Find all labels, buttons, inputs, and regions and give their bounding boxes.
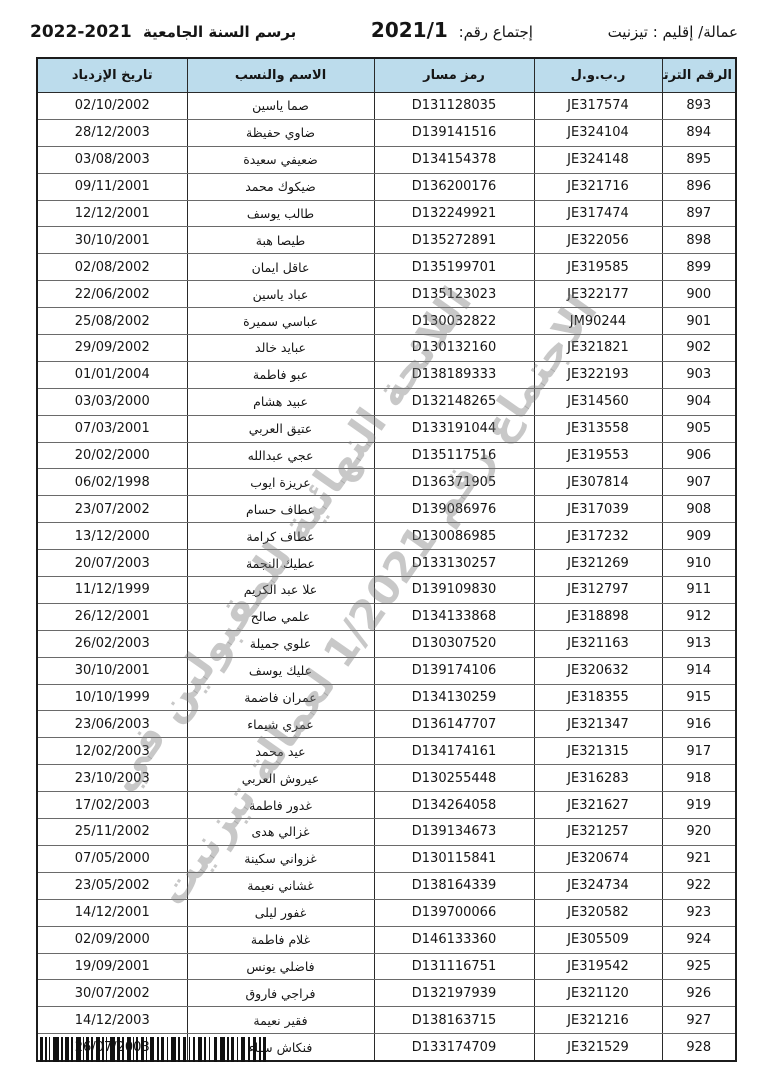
table-row: 921JE320674D130115841غزواني سكينة07/05/2…: [37, 845, 736, 872]
cell-full-name: عمري شيماء: [187, 711, 374, 738]
cell-full-name: غدور فاطمة: [187, 792, 374, 819]
cell-rbul: JE322177: [534, 281, 662, 308]
cell-ordinal-number: 922: [662, 872, 736, 899]
cell-full-name: عريزة ايوب: [187, 469, 374, 496]
table-row: 910JE321269D133130257عطيك النجمة20/07/20…: [37, 550, 736, 577]
table-row: 897JE317474D132249921طالب يوسف12/12/2001: [37, 200, 736, 227]
cell-rbul: JE319553: [534, 442, 662, 469]
cell-birth-date: 06/02/1998: [37, 469, 187, 496]
cell-ordinal-number: 907: [662, 469, 736, 496]
cell-ordinal-number: 905: [662, 415, 736, 442]
cell-massar-code: D134130259: [374, 684, 534, 711]
cell-birth-date: 03/08/2003: [37, 146, 187, 173]
cell-full-name: علوي جميلة: [187, 630, 374, 657]
cell-full-name: طيصا هبة: [187, 227, 374, 254]
cell-rbul: JE321716: [534, 173, 662, 200]
cell-full-name: عطاف حسام: [187, 496, 374, 523]
cell-ordinal-number: 911: [662, 577, 736, 604]
barcode: [40, 1037, 266, 1062]
cell-rbul: JE312797: [534, 577, 662, 604]
table-row: 894JE324104D139141516ضاوي حفيظة28/12/200…: [37, 119, 736, 146]
table-row: 896JE321716D136200176ضيكوك محمد09/11/200…: [37, 173, 736, 200]
table-row: 919JE321627D134264058غدور فاطمة17/02/200…: [37, 792, 736, 819]
cell-birth-date: 29/09/2002: [37, 335, 187, 362]
cell-rbul: JE321627: [534, 792, 662, 819]
cell-ordinal-number: 923: [662, 899, 736, 926]
cell-birth-date: 23/10/2003: [37, 765, 187, 792]
cell-full-name: غلام فاطمة: [187, 926, 374, 953]
cell-birth-date: 12/02/2003: [37, 738, 187, 765]
table-row: 915JE318355D134130259عمران فاضمة10/10/19…: [37, 684, 736, 711]
cell-birth-date: 26/02/2003: [37, 630, 187, 657]
cell-full-name: عباسي سميرة: [187, 308, 374, 335]
cell-full-name: ضاوي حفيظة: [187, 119, 374, 146]
cell-rbul: JE324734: [534, 872, 662, 899]
cell-rbul: JE321216: [534, 1007, 662, 1034]
cell-ordinal-number: 903: [662, 361, 736, 388]
cell-birth-date: 28/12/2003: [37, 119, 187, 146]
cell-ordinal-number: 920: [662, 819, 736, 846]
cell-ordinal-number: 893: [662, 93, 736, 120]
cell-ordinal-number: 919: [662, 792, 736, 819]
table-row: 918JE316283D130255448عيروش العربي23/10/2…: [37, 765, 736, 792]
table-row: 895JE324148D134154378ضعيفي سعيدة03/08/20…: [37, 146, 736, 173]
cell-rbul: JE320582: [534, 899, 662, 926]
cell-birth-date: 26/12/2001: [37, 603, 187, 630]
cell-ordinal-number: 902: [662, 335, 736, 362]
cell-rbul: JE316283: [534, 765, 662, 792]
cell-rbul: JE314560: [534, 388, 662, 415]
cell-birth-date: 17/02/2003: [37, 792, 187, 819]
cell-massar-code: D132249921: [374, 200, 534, 227]
cell-ordinal-number: 897: [662, 200, 736, 227]
cell-full-name: عاقل ايمان: [187, 254, 374, 281]
table-row: 916JE321347D136147707عمري شيماء23/06/200…: [37, 711, 736, 738]
cell-rbul: JE305509: [534, 926, 662, 953]
cell-massar-code: D130255448: [374, 765, 534, 792]
cell-birth-date: 30/07/2002: [37, 980, 187, 1007]
col-header-birth-date: تاريخ الإزدياد: [37, 58, 187, 93]
table-row: 903JE322193D138189333عبو فاطمة01/01/2004: [37, 361, 736, 388]
cell-rbul: JE322056: [534, 227, 662, 254]
cell-birth-date: 13/12/2000: [37, 523, 187, 550]
cell-massar-code: D133174709: [374, 1034, 534, 1061]
cell-rbul: JE307814: [534, 469, 662, 496]
cell-full-name: عمران فاضمة: [187, 684, 374, 711]
cell-rbul: JE317039: [534, 496, 662, 523]
cell-ordinal-number: 924: [662, 926, 736, 953]
cell-ordinal-number: 894: [662, 119, 736, 146]
cell-ordinal-number: 898: [662, 227, 736, 254]
cell-rbul: JE324148: [534, 146, 662, 173]
cell-massar-code: D134264058: [374, 792, 534, 819]
cell-full-name: عطيك النجمة: [187, 550, 374, 577]
cell-birth-date: 23/07/2002: [37, 496, 187, 523]
cell-ordinal-number: 901: [662, 308, 736, 335]
cell-full-name: عبيد هشام: [187, 388, 374, 415]
cell-full-name: غفور ليلى: [187, 899, 374, 926]
cell-massar-code: D139109830: [374, 577, 534, 604]
table-row: 924JE305509D146133360غلام فاطمة02/09/200…: [37, 926, 736, 953]
table-body: 893JE317574D131128035صما ياسين02/10/2002…: [37, 93, 736, 1062]
table-row: 905JE313558D133191044عتيق العربي07/03/20…: [37, 415, 736, 442]
cell-rbul: JE321120: [534, 980, 662, 1007]
region-label: عمالة/ إقليم : تيزنيت: [608, 23, 738, 41]
cell-ordinal-number: 908: [662, 496, 736, 523]
cell-rbul: JE321347: [534, 711, 662, 738]
cell-massar-code: D134133868: [374, 603, 534, 630]
cell-birth-date: 02/09/2000: [37, 926, 187, 953]
table-row: 904JE314560D132148265عبيد هشام03/03/2000: [37, 388, 736, 415]
cell-birth-date: 02/10/2002: [37, 93, 187, 120]
cell-full-name: علا عبد الكريم: [187, 577, 374, 604]
cell-full-name: عباد ياسين: [187, 281, 374, 308]
table-row: 925JE319542D131116751فاضلي يونس19/09/200…: [37, 953, 736, 980]
cell-massar-code: D130132160: [374, 335, 534, 362]
cell-massar-code: D146133360: [374, 926, 534, 953]
cell-rbul: JE321315: [534, 738, 662, 765]
cell-massar-code: D136147707: [374, 711, 534, 738]
cell-full-name: فقير نعيمة: [187, 1007, 374, 1034]
cell-birth-date: 03/03/2000: [37, 388, 187, 415]
cell-ordinal-number: 916: [662, 711, 736, 738]
cell-ordinal-number: 910: [662, 550, 736, 577]
cell-full-name: عيد محمد: [187, 738, 374, 765]
cell-massar-code: D139141516: [374, 119, 534, 146]
cell-birth-date: 14/12/2001: [37, 899, 187, 926]
cell-rbul: JE324104: [534, 119, 662, 146]
cell-massar-code: D135123023: [374, 281, 534, 308]
table-row: 899JE319585D135199701عاقل ايمان02/08/200…: [37, 254, 736, 281]
cell-ordinal-number: 895: [662, 146, 736, 173]
table-row: 902JE321821D130132160عبايد خالد29/09/200…: [37, 335, 736, 362]
cell-birth-date: 12/12/2001: [37, 200, 187, 227]
cell-birth-date: 25/08/2002: [37, 308, 187, 335]
table-row: 922JE324734D138164339غشاني نعيمة23/05/20…: [37, 872, 736, 899]
cell-birth-date: 07/03/2001: [37, 415, 187, 442]
cell-ordinal-number: 906: [662, 442, 736, 469]
academic-year-label: برسم السنة الجامعية: [143, 23, 296, 41]
cell-ordinal-number: 912: [662, 603, 736, 630]
table-row: 911JE312797D139109830علا عبد الكريم11/12…: [37, 577, 736, 604]
cell-massar-code: D133130257: [374, 550, 534, 577]
cell-massar-code: D139700066: [374, 899, 534, 926]
cell-massar-code: D135272891: [374, 227, 534, 254]
cell-full-name: عتيق العربي: [187, 415, 374, 442]
cell-ordinal-number: 927: [662, 1007, 736, 1034]
table-row: 914JE320632D139174106عليك يوسف30/10/2001: [37, 657, 736, 684]
cell-full-name: فراجي فاروق: [187, 980, 374, 1007]
cell-massar-code: D139134673: [374, 819, 534, 846]
cell-massar-code: D138163715: [374, 1007, 534, 1034]
cell-ordinal-number: 921: [662, 845, 736, 872]
cell-ordinal-number: 909: [662, 523, 736, 550]
cell-birth-date: 11/12/1999: [37, 577, 187, 604]
cell-birth-date: 20/02/2000: [37, 442, 187, 469]
cell-birth-date: 23/06/2003: [37, 711, 187, 738]
cell-full-name: عبو فاطمة: [187, 361, 374, 388]
cell-ordinal-number: 914: [662, 657, 736, 684]
cell-full-name: عليك يوسف: [187, 657, 374, 684]
cell-massar-code: D132148265: [374, 388, 534, 415]
cell-birth-date: 30/10/2001: [37, 657, 187, 684]
table-row: 908JE317039D139086976عطاف حسام23/07/2002: [37, 496, 736, 523]
cell-full-name: ضعيفي سعيدة: [187, 146, 374, 173]
cell-full-name: عطاف كرامة: [187, 523, 374, 550]
cell-birth-date: 30/10/2001: [37, 227, 187, 254]
table-row: 912JE318898D134133868علمي صالح26/12/2001: [37, 603, 736, 630]
table-row: 906JE319553D135117516عجي عبدالله20/02/20…: [37, 442, 736, 469]
cell-massar-code: D131128035: [374, 93, 534, 120]
cell-rbul: JE318898: [534, 603, 662, 630]
table-row: 901JM90244D130032822عباسي سميرة25/08/200…: [37, 308, 736, 335]
cell-massar-code: D138189333: [374, 361, 534, 388]
cell-birth-date: 19/09/2001: [37, 953, 187, 980]
cell-massar-code: D133191044: [374, 415, 534, 442]
cell-massar-code: D132197939: [374, 980, 534, 1007]
cell-birth-date: 07/05/2000: [37, 845, 187, 872]
table-row: 923JE320582D139700066غفور ليلى14/12/2001: [37, 899, 736, 926]
cell-full-name: غزواني سكينة: [187, 845, 374, 872]
cell-full-name: غشاني نعيمة: [187, 872, 374, 899]
cell-rbul: JE322193: [534, 361, 662, 388]
cell-full-name: عجي عبدالله: [187, 442, 374, 469]
cell-massar-code: D130086985: [374, 523, 534, 550]
cell-rbul: JE317232: [534, 523, 662, 550]
table-row: 893JE317574D131128035صما ياسين02/10/2002: [37, 93, 736, 120]
academic-year: برسم السنة الجامعية 2022-2021: [30, 22, 296, 42]
cell-full-name: عيروش العربي: [187, 765, 374, 792]
cell-rbul: JE321529: [534, 1034, 662, 1061]
cell-massar-code: D130032822: [374, 308, 534, 335]
meeting-label: إجتماع رقم:: [459, 23, 533, 41]
cell-ordinal-number: 925: [662, 953, 736, 980]
cell-full-name: صما ياسين: [187, 93, 374, 120]
cell-ordinal-number: 917: [662, 738, 736, 765]
cell-massar-code: D139086976: [374, 496, 534, 523]
cell-birth-date: 10/10/1999: [37, 684, 187, 711]
cell-full-name: طالب يوسف: [187, 200, 374, 227]
table-row: 907JE307814D136371905عريزة ايوب06/02/199…: [37, 469, 736, 496]
table-row: 900JE322177D135123023عباد ياسين22/06/200…: [37, 281, 736, 308]
table-row: 898JE322056D135272891طيصا هبة30/10/2001: [37, 227, 736, 254]
cell-rbul: JE321821: [534, 335, 662, 362]
col-header-ordinal-number: الرقم الترتيبي: [662, 58, 736, 93]
cell-birth-date: 09/11/2001: [37, 173, 187, 200]
cell-massar-code: D138164339: [374, 872, 534, 899]
cell-rbul: JE318355: [534, 684, 662, 711]
cell-massar-code: D136200176: [374, 173, 534, 200]
cell-ordinal-number: 915: [662, 684, 736, 711]
cell-full-name: فاضلي يونس: [187, 953, 374, 980]
table-row: 909JE317232D130086985عطاف كرامة13/12/200…: [37, 523, 736, 550]
cell-full-name: ضيكوك محمد: [187, 173, 374, 200]
table-row: 917JE321315D134174161عيد محمد12/02/2003: [37, 738, 736, 765]
meeting-value: 2021/1: [371, 18, 448, 42]
col-header-massar-code: رمز مسار: [374, 58, 534, 93]
cell-rbul: JE317574: [534, 93, 662, 120]
cell-ordinal-number: 928: [662, 1034, 736, 1061]
cell-full-name: عبايد خالد: [187, 335, 374, 362]
cell-rbul: JM90244: [534, 308, 662, 335]
cell-birth-date: 01/01/2004: [37, 361, 187, 388]
cell-massar-code: D134174161: [374, 738, 534, 765]
cell-massar-code: D139174106: [374, 657, 534, 684]
cell-massar-code: D136371905: [374, 469, 534, 496]
cell-rbul: JE320674: [534, 845, 662, 872]
meeting-number: إجتماع رقم: 2021/1: [371, 18, 533, 42]
cell-rbul: JE321163: [534, 630, 662, 657]
cell-massar-code: D130115841: [374, 845, 534, 872]
cell-rbul: JE321269: [534, 550, 662, 577]
cell-birth-date: 14/12/2003: [37, 1007, 187, 1034]
cell-ordinal-number: 904: [662, 388, 736, 415]
cell-ordinal-number: 926: [662, 980, 736, 1007]
cell-rbul: JE319542: [534, 953, 662, 980]
cell-full-name: غزالي هدى: [187, 819, 374, 846]
cell-ordinal-number: 899: [662, 254, 736, 281]
cell-ordinal-number: 896: [662, 173, 736, 200]
cell-birth-date: 25/11/2002: [37, 819, 187, 846]
cell-rbul: JE313558: [534, 415, 662, 442]
table-header-row: الرقم الترتيبي ر.ب.و.ل رمز مسار الاسم وا…: [37, 58, 736, 93]
cell-rbul: JE319585: [534, 254, 662, 281]
cell-full-name: علمي صالح: [187, 603, 374, 630]
cell-rbul: JE320632: [534, 657, 662, 684]
cell-massar-code: D135199701: [374, 254, 534, 281]
cell-massar-code: D130307520: [374, 630, 534, 657]
cell-rbul: JE321257: [534, 819, 662, 846]
cell-ordinal-number: 900: [662, 281, 736, 308]
cell-ordinal-number: 913: [662, 630, 736, 657]
students-table-wrap: الرقم الترتيبي ر.ب.و.ل رمز مسار الاسم وا…: [36, 57, 737, 1062]
page-header: عمالة/ إقليم : تيزنيت إجتماع رقم: 2021/1…: [0, 18, 768, 42]
table-row: 920JE321257D139134673غزالي هدى25/11/2002: [37, 819, 736, 846]
cell-birth-date: 02/08/2002: [37, 254, 187, 281]
cell-rbul: JE317474: [534, 200, 662, 227]
cell-birth-date: 22/06/2002: [37, 281, 187, 308]
col-header-full-name: الاسم والنسب: [187, 58, 374, 93]
cell-massar-code: D135117516: [374, 442, 534, 469]
col-header-rbul: ر.ب.و.ل: [534, 58, 662, 93]
cell-massar-code: D131116751: [374, 953, 534, 980]
students-table: الرقم الترتيبي ر.ب.و.ل رمز مسار الاسم وا…: [36, 57, 737, 1062]
academic-year-value: 2022-2021: [30, 22, 132, 42]
cell-massar-code: D134154378: [374, 146, 534, 173]
table-row: 913JE321163D130307520علوي جميلة26/02/200…: [37, 630, 736, 657]
cell-birth-date: 23/05/2002: [37, 872, 187, 899]
cell-ordinal-number: 918: [662, 765, 736, 792]
cell-birth-date: 20/07/2003: [37, 550, 187, 577]
table-row: 927JE321216D138163715فقير نعيمة14/12/200…: [37, 1007, 736, 1034]
table-row: 926JE321120D132197939فراجي فاروق30/07/20…: [37, 980, 736, 1007]
